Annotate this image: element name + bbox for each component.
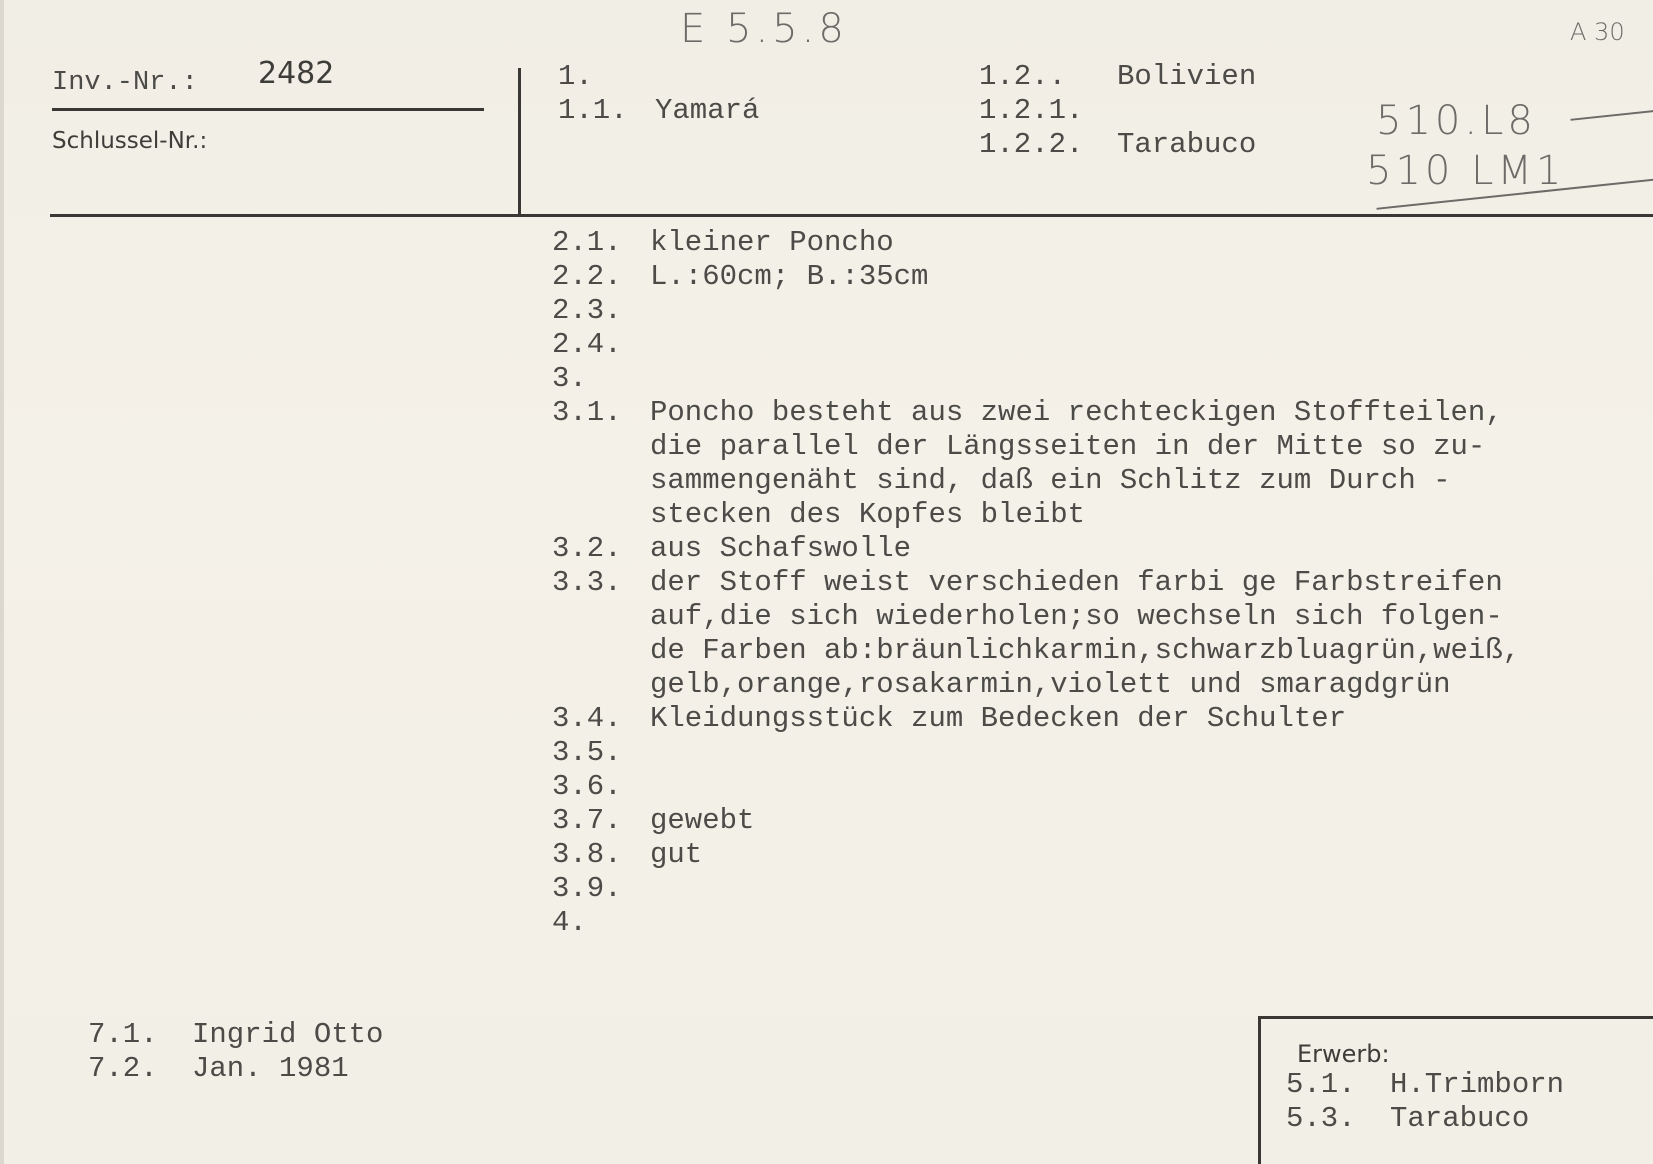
- field-number: 3.: [552, 362, 650, 396]
- field-row-acquisition-place: 5.3. Tarabuco: [1286, 1102, 1564, 1136]
- field-row: die parallel der Längsseiten in der Mitt…: [552, 430, 1520, 464]
- field-value: Kleidungsstück zum Bedecken der Schulter: [650, 702, 1346, 736]
- field-value: kleiner Poncho: [650, 226, 894, 260]
- field-row: 2.1.kleiner Poncho: [552, 226, 1520, 260]
- field-row-date: 7.2. Jan. 1981: [88, 1052, 383, 1086]
- field-value: gewebt: [650, 804, 754, 838]
- field-number: 2.3.: [552, 294, 650, 328]
- handwritten-crossed-code: 510.L8: [1376, 98, 1653, 144]
- field-value: der Stoff weist verschieden farbi ge Far…: [650, 566, 1503, 600]
- field-row: auf,die sich wiederholen;so wechseln sic…: [552, 600, 1520, 634]
- handwritten-code: 510 LM1: [1366, 148, 1565, 194]
- field-value: gelb,orange,rosakarmin,violett und smara…: [650, 668, 1451, 702]
- handwritten-classification: E 5.5.8: [680, 6, 848, 52]
- field-number: 3.2.: [552, 532, 650, 566]
- field-number: 3.4.: [552, 702, 650, 736]
- field-row: sammengenäht sind, daß ein Schlitz zum D…: [552, 464, 1520, 498]
- inv-underline: [52, 108, 484, 111]
- field-row: 3.5.: [552, 736, 1520, 770]
- field-number: [552, 600, 650, 634]
- field-value: L.:60cm; B.:35cm: [650, 260, 928, 294]
- recorder-block: 7.1. Ingrid Otto 7.2. Jan. 1981: [88, 1018, 383, 1086]
- field-row-object-name: 1.1. Yamará: [558, 94, 759, 128]
- acquisition-box-left: [1258, 1016, 1261, 1164]
- field-row-acquired-from: 5.1. H.Trimborn: [1286, 1068, 1564, 1102]
- acquisition-entries: 5.1. H.Trimborn 5.3. Tarabuco: [1286, 1068, 1564, 1136]
- identification-block: 1. 1.1. Yamará: [558, 60, 759, 128]
- field-value: auf,die sich wiederholen;so wechseln sic…: [650, 600, 1503, 634]
- field-row: gelb,orange,rosakarmin,violett und smara…: [552, 668, 1520, 702]
- field-number: 3.5.: [552, 736, 650, 770]
- acquisition-label: Erwerb:: [1297, 1040, 1390, 1068]
- field-row: 2.3.: [552, 294, 1520, 328]
- field-value: aus Schafswolle: [650, 532, 911, 566]
- field-row-country: 1.2.. Bolivien: [979, 60, 1256, 94]
- field-value: die parallel der Längsseiten in der Mitt…: [650, 430, 1485, 464]
- object-name: Yamará: [655, 94, 759, 128]
- field-number: [552, 634, 650, 668]
- field-number: [552, 464, 650, 498]
- field-row: de Farben ab:bräunlichkarmin,schwarzblua…: [552, 634, 1520, 668]
- field-row: 2.4.: [552, 328, 1520, 362]
- field-number: 3.3.: [552, 566, 650, 600]
- field-row: 3.8.gut: [552, 838, 1520, 872]
- field-row: 3.2.aus Schafswolle: [552, 532, 1520, 566]
- field-row: 3.6.: [552, 770, 1520, 804]
- field-row: 1.: [558, 60, 759, 94]
- description-fields: 2.1.kleiner Poncho2.2.L.:60cm; B.:35cm2.…: [552, 226, 1520, 940]
- field-number: [552, 498, 650, 532]
- inv-number: 2482: [258, 56, 334, 91]
- inv-label: Inv.-Nr.:: [52, 66, 198, 100]
- field-number: 2.4.: [552, 328, 650, 362]
- catalog-card: E 5.5.8 A 30 510.L8 510 LM1 Inv.-Nr.: 24…: [0, 0, 1653, 1164]
- field-row-place: 1.2.2. Tarabuco: [979, 128, 1256, 162]
- field-row: 3.9.: [552, 872, 1520, 906]
- field-value: sammengenäht sind, daß ein Schlitz zum D…: [650, 464, 1451, 498]
- field-number: 3.9.: [552, 872, 650, 906]
- field-number: 4.: [552, 906, 650, 940]
- handwritten-crossed-number: A 30: [1570, 18, 1653, 46]
- field-number: 3.1.: [552, 396, 650, 430]
- field-value: stecken des Kopfes bleibt: [650, 498, 1085, 532]
- field-value: de Farben ab:bräunlichkarmin,schwarzblua…: [650, 634, 1520, 668]
- field-number: 2.1.: [552, 226, 650, 260]
- key-label: Schlussel-Nr.:: [52, 128, 207, 154]
- field-row: 3.: [552, 362, 1520, 396]
- field-number: [552, 430, 650, 464]
- field-number: [552, 668, 650, 702]
- field-row: 3.4.Kleidungsstück zum Bedecken der Schu…: [552, 702, 1520, 736]
- field-row-recorder: 7.1. Ingrid Otto: [88, 1018, 383, 1052]
- field-number: 2.2.: [552, 260, 650, 294]
- field-row: 3.1.Poncho besteht aus zwei rechteckigen…: [552, 396, 1520, 430]
- field-row: 3.3.der Stoff weist verschieden farbi ge…: [552, 566, 1520, 600]
- origin-block: 1.2.. Bolivien 1.2.1. 1.2.2. Tarabuco: [979, 60, 1256, 162]
- field-number: 3.8.: [552, 838, 650, 872]
- field-value: Poncho besteht aus zwei rechteckigen Sto…: [650, 396, 1503, 430]
- field-row: 4.: [552, 906, 1520, 940]
- header-vertical-divider: [518, 68, 521, 216]
- header-horizontal-rule: [50, 214, 1653, 217]
- field-value: gut: [650, 838, 702, 872]
- field-number: 3.7.: [552, 804, 650, 838]
- acquisition-box-top: [1258, 1016, 1653, 1019]
- field-number: 3.6.: [552, 770, 650, 804]
- field-row-region: 1.2.1.: [979, 94, 1256, 128]
- field-row: 2.2.L.:60cm; B.:35cm: [552, 260, 1520, 294]
- field-row: stecken des Kopfes bleibt: [552, 498, 1520, 532]
- field-row: 3.7.gewebt: [552, 804, 1520, 838]
